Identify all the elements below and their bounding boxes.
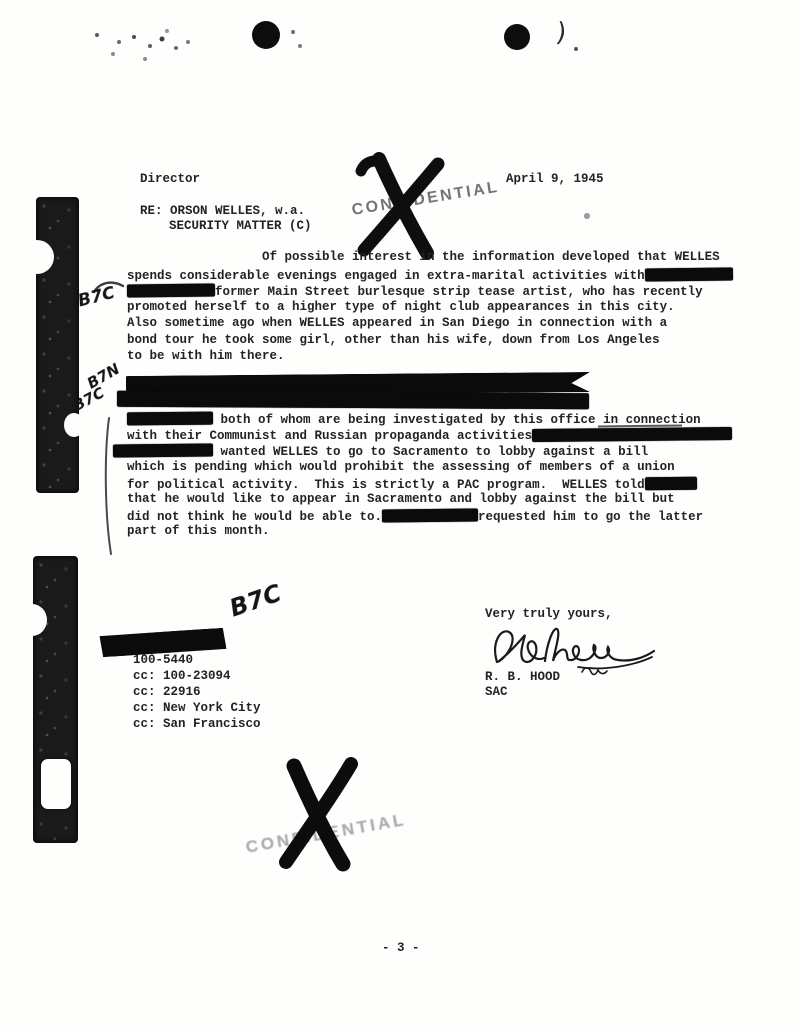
cc-line: cc: San Francisco (133, 717, 261, 731)
signer-title: SAC (485, 685, 508, 699)
redaction-bar (532, 427, 732, 442)
file-number: 100-5440 (133, 653, 193, 667)
typed-line: did not think he would be able to.reques… (127, 507, 703, 523)
pencil-margin-line (102, 416, 116, 558)
redaction-bar (113, 444, 213, 458)
typed-text: to be with him there. (127, 349, 285, 363)
recipient: Director (140, 172, 200, 186)
signer-name: R. B. HOOD (485, 670, 560, 684)
typed-line: Of possible interest in the information … (262, 249, 720, 265)
typed-line: that he would like to appear in Sacramen… (127, 491, 675, 507)
typed-line: former Main Street burlesque strip tease… (127, 282, 703, 298)
typed-line: part of this month. (127, 523, 270, 539)
redaction-bar (127, 284, 215, 298)
scanned-memo-page: ) Director April 9, 1945 RE: ORSON WELLE… (0, 0, 800, 1032)
typed-line: both of whom are being investigated by t… (127, 410, 701, 426)
cc-line: cc: New York City (133, 701, 261, 715)
redaction-bar (382, 509, 478, 523)
typed-text: which is pending which would prohibit th… (127, 460, 675, 474)
binding-notch (64, 413, 84, 437)
stray-mark: ) (554, 17, 568, 48)
typed-text: wanted WELLES to go to Sacramento to lob… (213, 445, 648, 459)
typed-text: did not think he would be able to. (127, 510, 382, 524)
typed-line: promoted herself to a higher type of nig… (127, 299, 675, 315)
stamp-cancel-x-icon-bottom (272, 758, 367, 870)
typed-text: spends considerable evenings engaged in … (127, 269, 645, 283)
typed-text: Also sometime ago when WELLES appeared i… (127, 316, 667, 330)
binding-hole (39, 757, 73, 811)
footer-annotation-b7c: B7C (226, 579, 285, 623)
typed-text: promoted herself to a higher type of nig… (127, 300, 675, 314)
subject-line-2: SECURITY MATTER (C) (169, 219, 312, 233)
redaction-block-bar-2 (117, 391, 589, 409)
scan-speckles (0, 0, 2, 2)
typed-text: Of possible interest in the information … (262, 250, 720, 264)
redaction-bar (645, 477, 697, 491)
cc-line: cc: 100-23094 (133, 669, 231, 683)
typed-text: requested him to go the latter (478, 510, 703, 524)
cc-line: cc: 22916 (133, 685, 201, 699)
typed-text: former Main Street burlesque strip tease… (215, 285, 703, 299)
valediction: Very truly yours, (485, 607, 613, 621)
typed-text: part of this month. (127, 524, 270, 538)
hole-punch-dot-left (252, 21, 280, 49)
binding-notch (20, 240, 54, 274)
typed-line: wanted WELLES to go to Sacramento to lob… (113, 442, 648, 458)
redaction-bar (127, 412, 213, 426)
typed-line: bond tour he took some girl, other than … (127, 332, 660, 348)
typed-line: which is pending which would prohibit th… (127, 459, 675, 475)
binding-notch (17, 604, 47, 636)
typed-line: Also sometime ago when WELLES appeared i… (127, 315, 667, 331)
typed-text: that he would like to appear in Sacramen… (127, 492, 675, 506)
memo-date: April 9, 1945 (506, 172, 604, 186)
typed-line: with their Communist and Russian propaga… (127, 426, 732, 442)
subject-line-1: RE: ORSON WELLES, w.a. (140, 204, 305, 218)
stamp-cancel-x-icon-top (352, 152, 452, 260)
typed-text: bond tour he took some girl, other than … (127, 333, 660, 347)
typed-text: with their Communist and Russian propaga… (127, 429, 532, 443)
typed-line: to be with him there. (127, 348, 285, 364)
page-number: - 3 - (382, 941, 420, 955)
hole-punch-dot-right (504, 24, 530, 50)
typed-line: spends considerable evenings engaged in … (127, 266, 733, 282)
typed-line: for political activity. This is strictly… (127, 475, 697, 491)
typed-text: for political activity. This is strictly… (127, 478, 645, 492)
redaction-bar (645, 267, 733, 281)
margin-annotation-b7c-1: B7C (76, 283, 117, 311)
